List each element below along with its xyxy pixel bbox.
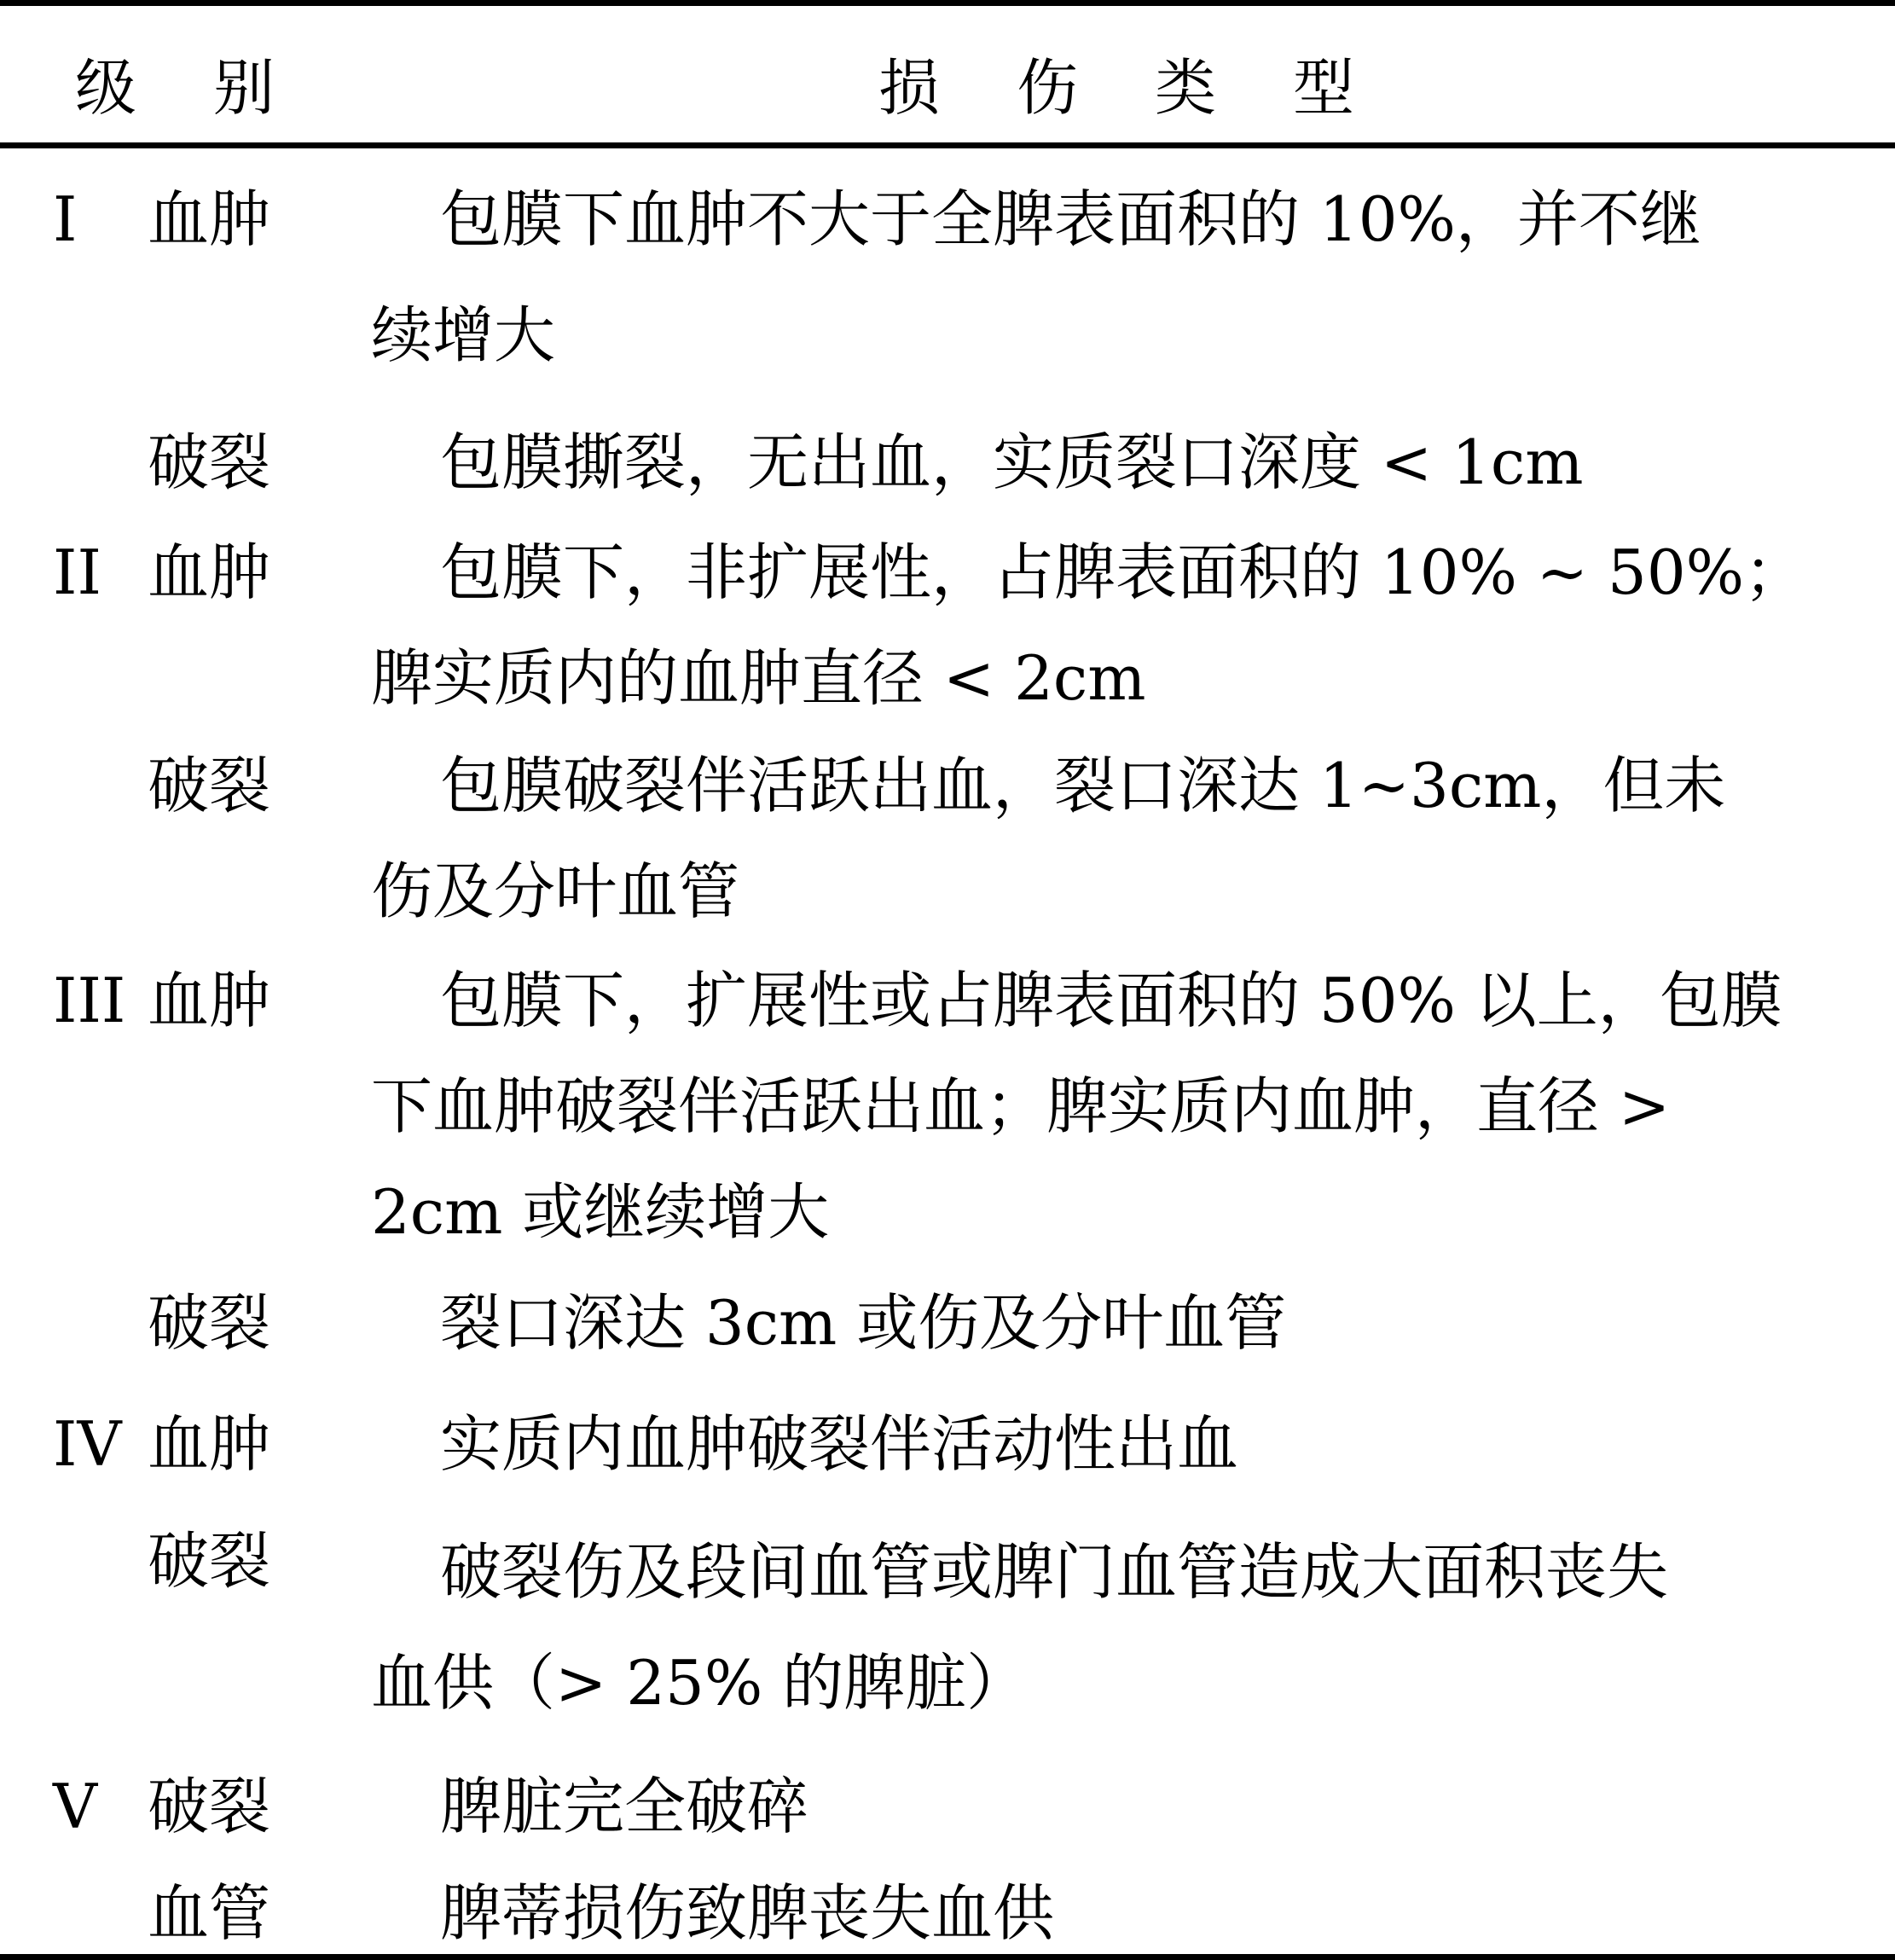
description-line: 包膜下血肿不大于全脾表面积的 10%，并不继 bbox=[371, 166, 1701, 272]
header-injury-type: 损伤类型 bbox=[878, 57, 1431, 119]
injury-kind: 破裂 bbox=[148, 1530, 270, 1592]
injury-description: 包膜下血肿不大于全脾表面积的 10%，并不继 续增大 bbox=[371, 166, 1701, 388]
header-grade: 级别 bbox=[75, 57, 351, 119]
description-line: 脾脏完全破碎 bbox=[371, 1754, 808, 1859]
grade-label: II bbox=[53, 542, 101, 603]
injury-kind: 破裂 bbox=[148, 432, 270, 493]
injury-description: 实质内血肿破裂伴活动性出血 bbox=[371, 1391, 1238, 1497]
description-line: 裂口深达 3cm 或伤及分叶血管 bbox=[371, 1270, 1286, 1376]
top-rule bbox=[0, 0, 1895, 6]
description-line: 伤及分叶血管 bbox=[371, 838, 1725, 944]
injury-kind: 血肿 bbox=[148, 542, 270, 603]
grade-label: V bbox=[53, 1776, 97, 1837]
injury-description: 包膜下，非扩展性，占脾表面积的 10% ~ 50%； 脾实质内的血肿直径 < 2… bbox=[371, 519, 1805, 731]
injury-kind: 血肿 bbox=[148, 970, 270, 1031]
header-rule bbox=[0, 142, 1895, 148]
grade-label: IV bbox=[53, 1413, 121, 1475]
injury-kind: 破裂 bbox=[148, 1776, 270, 1837]
injury-kind: 破裂 bbox=[148, 1292, 270, 1354]
description-line: 实质内血肿破裂伴活动性出血 bbox=[371, 1391, 1238, 1497]
injury-kind: 血管 bbox=[148, 1882, 270, 1944]
injury-description: 裂口深达 3cm 或伤及分叶血管 bbox=[371, 1270, 1286, 1376]
description-line: 脾蒂损伤致脾丧失血供 bbox=[371, 1860, 1054, 1960]
description-line: 下血肿破裂伴活跃出血；脾实质内血肿，直径 > bbox=[371, 1053, 1782, 1159]
injury-description: 包膜撕裂，无出血，实质裂口深度 < 1cm bbox=[371, 409, 1584, 515]
grade-label: III bbox=[53, 970, 125, 1031]
description-line: 破裂伤及段间血管或脾门血管造成大面积丧失 bbox=[371, 1519, 1668, 1625]
grade-label: I bbox=[53, 188, 77, 250]
injury-description: 包膜破裂伴活跃出血，裂口深达 1~3cm，但未 伤及分叶血管 bbox=[371, 733, 1725, 944]
description-line: 包膜下，扩展性或占脾表面积的 50% 以上，包膜 bbox=[371, 948, 1782, 1053]
injury-description: 脾脏完全破碎 bbox=[371, 1754, 808, 1859]
description-line: 包膜撕裂，无出血，实质裂口深度 < 1cm bbox=[371, 409, 1584, 515]
description-line: 2cm 或继续增大 bbox=[371, 1159, 1782, 1265]
injury-kind: 破裂 bbox=[148, 755, 270, 816]
injury-description: 脾蒂损伤致脾丧失血供 bbox=[371, 1860, 1054, 1960]
description-line: 血供（> 25% 的脾脏） bbox=[371, 1630, 1668, 1736]
injury-description: 破裂伤及段间血管或脾门血管造成大面积丧失 血供（> 25% 的脾脏） bbox=[371, 1519, 1668, 1736]
description-line: 包膜下，非扩展性，占脾表面积的 10% ~ 50%； bbox=[371, 519, 1805, 625]
injury-kind: 血肿 bbox=[148, 188, 270, 250]
description-line: 脾实质内的血肿直径 < 2cm bbox=[371, 625, 1805, 731]
injury-description: 包膜下，扩展性或占脾表面积的 50% 以上，包膜 下血肿破裂伴活跃出血；脾实质内… bbox=[371, 948, 1782, 1265]
description-line: 包膜破裂伴活跃出血，裂口深达 1~3cm，但未 bbox=[371, 733, 1725, 838]
injury-kind: 血肿 bbox=[148, 1413, 270, 1475]
description-line: 续增大 bbox=[371, 282, 1701, 388]
